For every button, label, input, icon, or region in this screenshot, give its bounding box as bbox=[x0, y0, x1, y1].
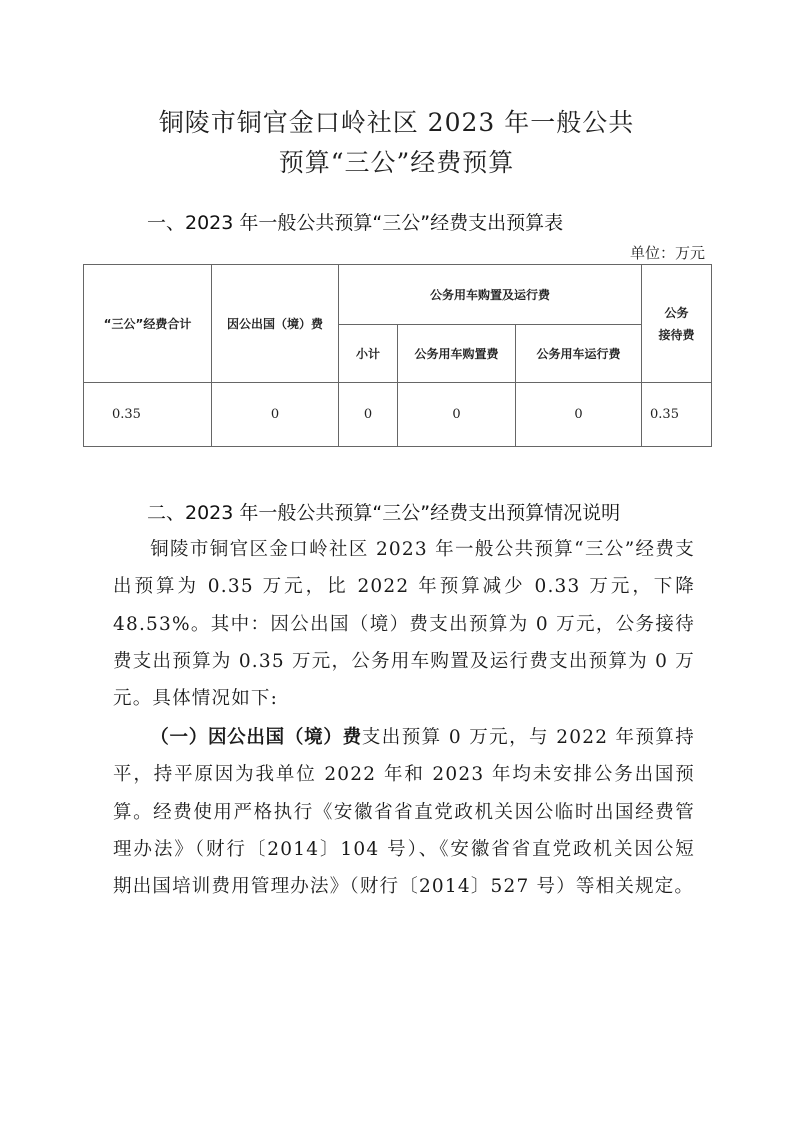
section2-paragraph2: （一）因公出国（境）费支出预算 0 万元，与 2022 年预算持平，持平原因为我… bbox=[113, 719, 695, 905]
header-vehicle-operation: 公务用车运行费 bbox=[516, 325, 642, 383]
cell-vehicle-purchase: 0 bbox=[398, 383, 516, 447]
cell-vehicle-subtotal: 0 bbox=[339, 383, 398, 447]
header-vehicle-group: 公务用车购置及运行费 bbox=[339, 265, 642, 325]
three-public-expenses-table: “三公”经费合计 因公出国（境）费 公务用车购置及运行费 公务 接待费 小计 公… bbox=[83, 264, 712, 447]
header-abroad: 因公出国（境）费 bbox=[212, 265, 339, 383]
paragraph2-text: 支出预算 0 万元，与 2022 年预算持平，持平原因为我单位 2022 年和 … bbox=[113, 727, 695, 897]
cell-reception: 0.35 bbox=[642, 383, 712, 447]
section2-heading: 二、2023 年一般公共预算“三公”经费支出预算情况说明 bbox=[147, 498, 620, 525]
section1-heading: 一、2023 年一般公共预算“三公”经费支出预算表 bbox=[147, 208, 563, 235]
header-reception-line2: 接待费 bbox=[642, 324, 711, 346]
unit-label: 单位：万元 bbox=[630, 242, 705, 263]
cell-abroad: 0 bbox=[212, 383, 339, 447]
paragraph1-text: 铜陵市铜官区金口岭社区 2023 年一般公共预算“三公”经费支出预算为 0.35… bbox=[113, 539, 695, 709]
document-title-line2: 预算“三公”经费预算 bbox=[0, 143, 793, 179]
cell-total: 0.35 bbox=[84, 383, 212, 447]
cell-vehicle-operation: 0 bbox=[516, 383, 642, 447]
header-reception: 公务 接待费 bbox=[642, 265, 712, 383]
header-total: “三公”经费合计 bbox=[84, 265, 212, 383]
header-vehicle-purchase: 公务用车购置费 bbox=[398, 325, 516, 383]
section2-paragraph1: 铜陵市铜官区金口岭社区 2023 年一般公共预算“三公”经费支出预算为 0.35… bbox=[113, 531, 695, 717]
header-reception-line1: 公务 bbox=[642, 302, 711, 324]
header-vehicle-subtotal: 小计 bbox=[339, 325, 398, 383]
subsection-abroad-title: （一）因公出国（境）费 bbox=[150, 727, 362, 748]
table-header-row-1: “三公”经费合计 因公出国（境）费 公务用车购置及运行费 公务 接待费 bbox=[84, 265, 712, 325]
document-title-line1: 铜陵市铜官金口岭社区 2023 年一般公共 bbox=[0, 103, 793, 139]
table-row: 0.35 0 0 0 0 0.35 bbox=[84, 383, 712, 447]
